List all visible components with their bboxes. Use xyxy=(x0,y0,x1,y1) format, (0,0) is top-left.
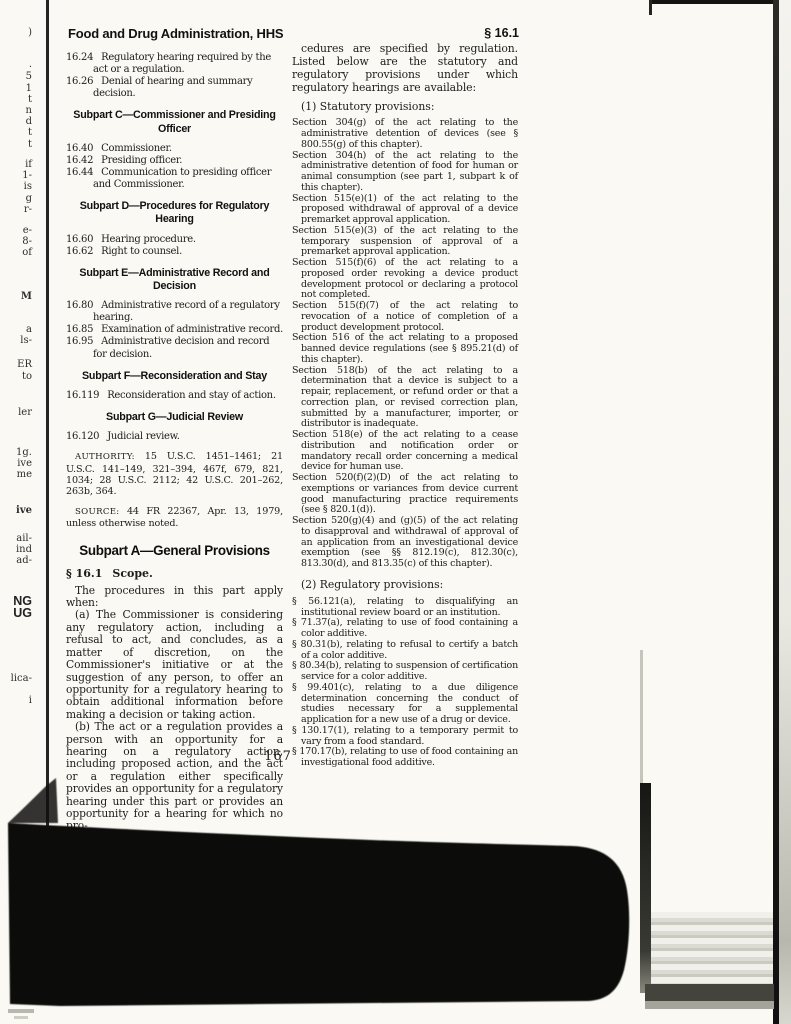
statutory-item: Section 516 of the act relating to a pro… xyxy=(292,333,518,365)
edge-text-fragment: ER xyxy=(17,360,32,370)
scan-top-edge-tick xyxy=(649,0,652,15)
toc-entry-number: 16.62 xyxy=(66,246,93,257)
statutory-item: Section 515(f)(7) of the act relating to… xyxy=(292,301,518,333)
scan-dark-streak xyxy=(645,984,774,1001)
edge-text-fragment: M xyxy=(21,292,32,302)
scan-top-edge xyxy=(649,0,791,4)
edge-text-fragment: ls- xyxy=(20,336,32,346)
edge-text-fragment: ) xyxy=(28,28,32,38)
edge-text-fragment: ind xyxy=(16,545,32,555)
subpart-a-heading: Subpart A—General Provisions xyxy=(66,543,283,558)
toc-entry-text: Commissioner. xyxy=(101,143,172,154)
toc-entry: 16.24Regulatory hearing required by the … xyxy=(66,52,283,76)
toc-entry: 16.80Administrative record of a regulato… xyxy=(66,300,283,324)
edge-text-fragment: me xyxy=(17,470,32,480)
toc-entry-number: 16.80 xyxy=(66,300,93,311)
edge-text-fragment: is xyxy=(24,182,32,192)
toc-entry: 16.85Examination of administrative recor… xyxy=(66,324,283,336)
toc-top-list: 16.24Regulatory hearing required by the … xyxy=(66,52,283,100)
regulatory-provisions-list: § 56.121(a), relating to disqualifying a… xyxy=(292,597,518,769)
source-label: SOURCE: xyxy=(75,507,120,517)
scan-light-streak xyxy=(645,1001,774,1009)
edge-text-fragment: d xyxy=(26,117,32,127)
toc-entry-number: 16.40 xyxy=(66,143,93,154)
statutory-item: Section 520(g)(4) and (g)(5) of the act … xyxy=(292,516,518,570)
section-16-1-heading: § 16.1Scope. xyxy=(66,567,283,580)
edge-text-fragment: r- xyxy=(24,205,32,215)
edge-text-fragment: ad- xyxy=(16,556,32,566)
authority-label: AUTHORITY: xyxy=(75,452,135,462)
statutory-item: Section 304(g) of the act relating to th… xyxy=(292,118,518,150)
toc-entry: 16.26Denial of hearing and summary decis… xyxy=(66,76,283,100)
scan-right-margin-strip xyxy=(779,0,791,1024)
toc-entry-text: Right to counsel. xyxy=(101,246,182,257)
page-number: 167 xyxy=(218,749,338,764)
toc-entry: 16.95Administrative decision and record … xyxy=(66,336,283,360)
running-header-title: Food and Drug Administration, HHS xyxy=(68,26,308,41)
toc-entry-text: Reconsideration and stay of action. xyxy=(107,390,276,401)
scan-speck xyxy=(8,1009,34,1013)
regulatory-item: § 80.31(b), relating to refusal to certi… xyxy=(292,640,518,662)
right-column: cedures are specified by regulation. Lis… xyxy=(292,42,518,769)
subpart-g-entries: 16.120Judicial review. xyxy=(66,431,283,443)
statutory-item: Section 520(f)(2)(D) of the act relating… xyxy=(292,473,518,516)
toc-entry-number: 16.95 xyxy=(66,336,93,347)
edge-text-fragment: 1g. xyxy=(16,448,32,458)
edge-text-fragment: 1- xyxy=(22,171,32,181)
edge-text-fragment: t xyxy=(28,95,32,105)
toc-entry: 16.62Right to counsel. xyxy=(66,246,283,258)
regulatory-item: § 99.401(c), relating to a due diligence… xyxy=(292,683,518,726)
section-title: Scope. xyxy=(112,567,153,580)
edge-text-fragment: 5 xyxy=(26,72,32,82)
toc-entry-number: 16.120 xyxy=(66,431,99,442)
edge-text-fragment: ler xyxy=(18,408,32,418)
statutory-item: Section 304(h) of the act relating to th… xyxy=(292,151,518,194)
subpart-c-heading: Subpart C—Commissioner and Presiding Off… xyxy=(70,109,279,135)
toc-entry: 16.60Hearing procedure. xyxy=(66,234,283,246)
subpart-d-heading: Subpart D—Procedures for Regulatory Hear… xyxy=(70,200,279,226)
scanned-cfr-page: ).51tndttif1-isgr-e-8-ofMals-ERtoler1g.i… xyxy=(0,0,791,1024)
scope-intro-paragraph: The procedures in this part apply when: xyxy=(66,585,283,610)
edge-text-fragment: g xyxy=(26,194,32,204)
source-note: SOURCE: 44 FR 22367, Apr. 13, 1979, unle… xyxy=(66,506,283,530)
toc-entry: 16.42Presiding officer. xyxy=(66,155,283,167)
toc-entry: 16.120Judicial review. xyxy=(66,431,283,443)
edge-text-fragment: if xyxy=(25,160,32,170)
page-right-edge-shadow xyxy=(640,650,643,785)
toc-entry: 16.44Communication to presiding officer … xyxy=(66,167,283,191)
statutory-provisions-label: (1) Statutory provisions: xyxy=(292,100,518,113)
edge-text-fragment: 8- xyxy=(22,237,32,247)
left-column: 16.24Regulatory hearing required by the … xyxy=(66,52,283,833)
statutory-item: Section 515(e)(1) of the act relating to… xyxy=(292,194,518,226)
edge-text-fragment: i xyxy=(29,696,32,706)
regulatory-provisions-label: (2) Regulatory provisions: xyxy=(292,578,518,591)
toc-entry-text: Administrative record of a regulatory he… xyxy=(93,300,280,323)
toc-entry: 16.40Commissioner. xyxy=(66,143,283,155)
edge-text-fragment: of xyxy=(22,248,32,258)
edge-text-fragment: to xyxy=(22,372,32,382)
running-header-section: § 16.1 xyxy=(293,26,519,40)
scan-dark-edge-band xyxy=(640,783,651,993)
edge-text-fragment: NG xyxy=(13,596,32,606)
subpart-e-entries: 16.80Administrative record of a regulato… xyxy=(66,300,283,360)
toc-entry-text: Examination of administrative record. xyxy=(101,324,283,335)
edge-text-fragment: a xyxy=(26,325,32,335)
statutory-item: Section 515(e)(3) of the act relating to… xyxy=(292,226,518,258)
subpart-e-heading: Subpart E—Administrative Record and Deci… xyxy=(70,267,279,293)
edge-text-fragment: . xyxy=(29,60,32,70)
edge-text-fragment: t xyxy=(28,128,32,138)
toc-entry-number: 16.119 xyxy=(66,390,99,401)
statutory-item: Section 515(f)(6) of the act relating to… xyxy=(292,258,518,301)
toc-entry: 16.119Reconsideration and stay of action… xyxy=(66,390,283,402)
toc-entry-number: 16.44 xyxy=(66,167,93,178)
toc-entry-number: 16.24 xyxy=(66,52,93,63)
regulatory-item: § 80.34(b), relating to suspension of ce… xyxy=(292,661,518,683)
edge-text-fragment: ive xyxy=(17,459,32,469)
subpart-f-entries: 16.119Reconsideration and stay of action… xyxy=(66,390,283,402)
edge-text-fragment: e- xyxy=(23,226,32,236)
edge-text-fragment: UG xyxy=(13,608,32,618)
subpart-g-heading: Subpart G—Judicial Review xyxy=(70,411,279,424)
regulatory-item: § 56.121(a), relating to disqualifying a… xyxy=(292,597,518,619)
scan-speck xyxy=(14,1016,28,1019)
toc-entry-number: 16.26 xyxy=(66,76,93,87)
edge-text-fragment: n xyxy=(26,106,32,116)
edge-text-fragment: ail- xyxy=(16,534,32,544)
toc-entry-text: Denial of hearing and summary decision. xyxy=(93,76,253,99)
authority-note: AUTHORITY: 15 U.S.C. 1451–1461; 21 U.S.C… xyxy=(66,451,283,498)
toc-entry-text: Presiding officer. xyxy=(101,155,182,166)
toc-entry-text: Communication to presiding officer and C… xyxy=(93,167,271,190)
subpart-d-entries: 16.60Hearing procedure.16.62Right to cou… xyxy=(66,234,283,258)
edge-text-fragment: t xyxy=(28,140,32,150)
subpart-c-entries: 16.40Commissioner.16.42Presiding officer… xyxy=(66,143,283,191)
statutory-provisions-list: Section 304(g) of the act relating to th… xyxy=(292,118,518,570)
section-number: § 16.1 xyxy=(66,567,102,580)
regulatory-item: § 130.17(1), relating to a temporary per… xyxy=(292,726,518,748)
toc-entry-number: 16.60 xyxy=(66,234,93,245)
scope-paragraph-a: (a) The Commissioner is considering any … xyxy=(66,609,283,721)
statutory-item: Section 518(b) of the act relating to a … xyxy=(292,366,518,431)
edge-text-fragment: ive xyxy=(16,506,32,516)
page-gutter-line xyxy=(46,0,49,828)
toc-entry-text: Administrative decision and record for d… xyxy=(93,336,269,359)
toc-entry-text: Judicial review. xyxy=(107,431,179,442)
regulatory-item: § 71.37(a), relating to use of food cont… xyxy=(292,618,518,640)
toc-entry-text: Hearing procedure. xyxy=(101,234,196,245)
toc-entry-number: 16.42 xyxy=(66,155,93,166)
toc-entry-number: 16.85 xyxy=(66,324,93,335)
edge-text-fragment: 1 xyxy=(26,84,32,94)
continuation-paragraph: cedures are specified by regulation. Lis… xyxy=(292,42,518,94)
toc-entry-text: Regulatory hearing required by the act o… xyxy=(93,52,271,75)
subpart-f-heading: Subpart F—Reconsideration and Stay xyxy=(70,370,279,383)
edge-text-fragment: lica- xyxy=(11,674,32,684)
statutory-item: Section 518(e) of the act relating to a … xyxy=(292,430,518,473)
